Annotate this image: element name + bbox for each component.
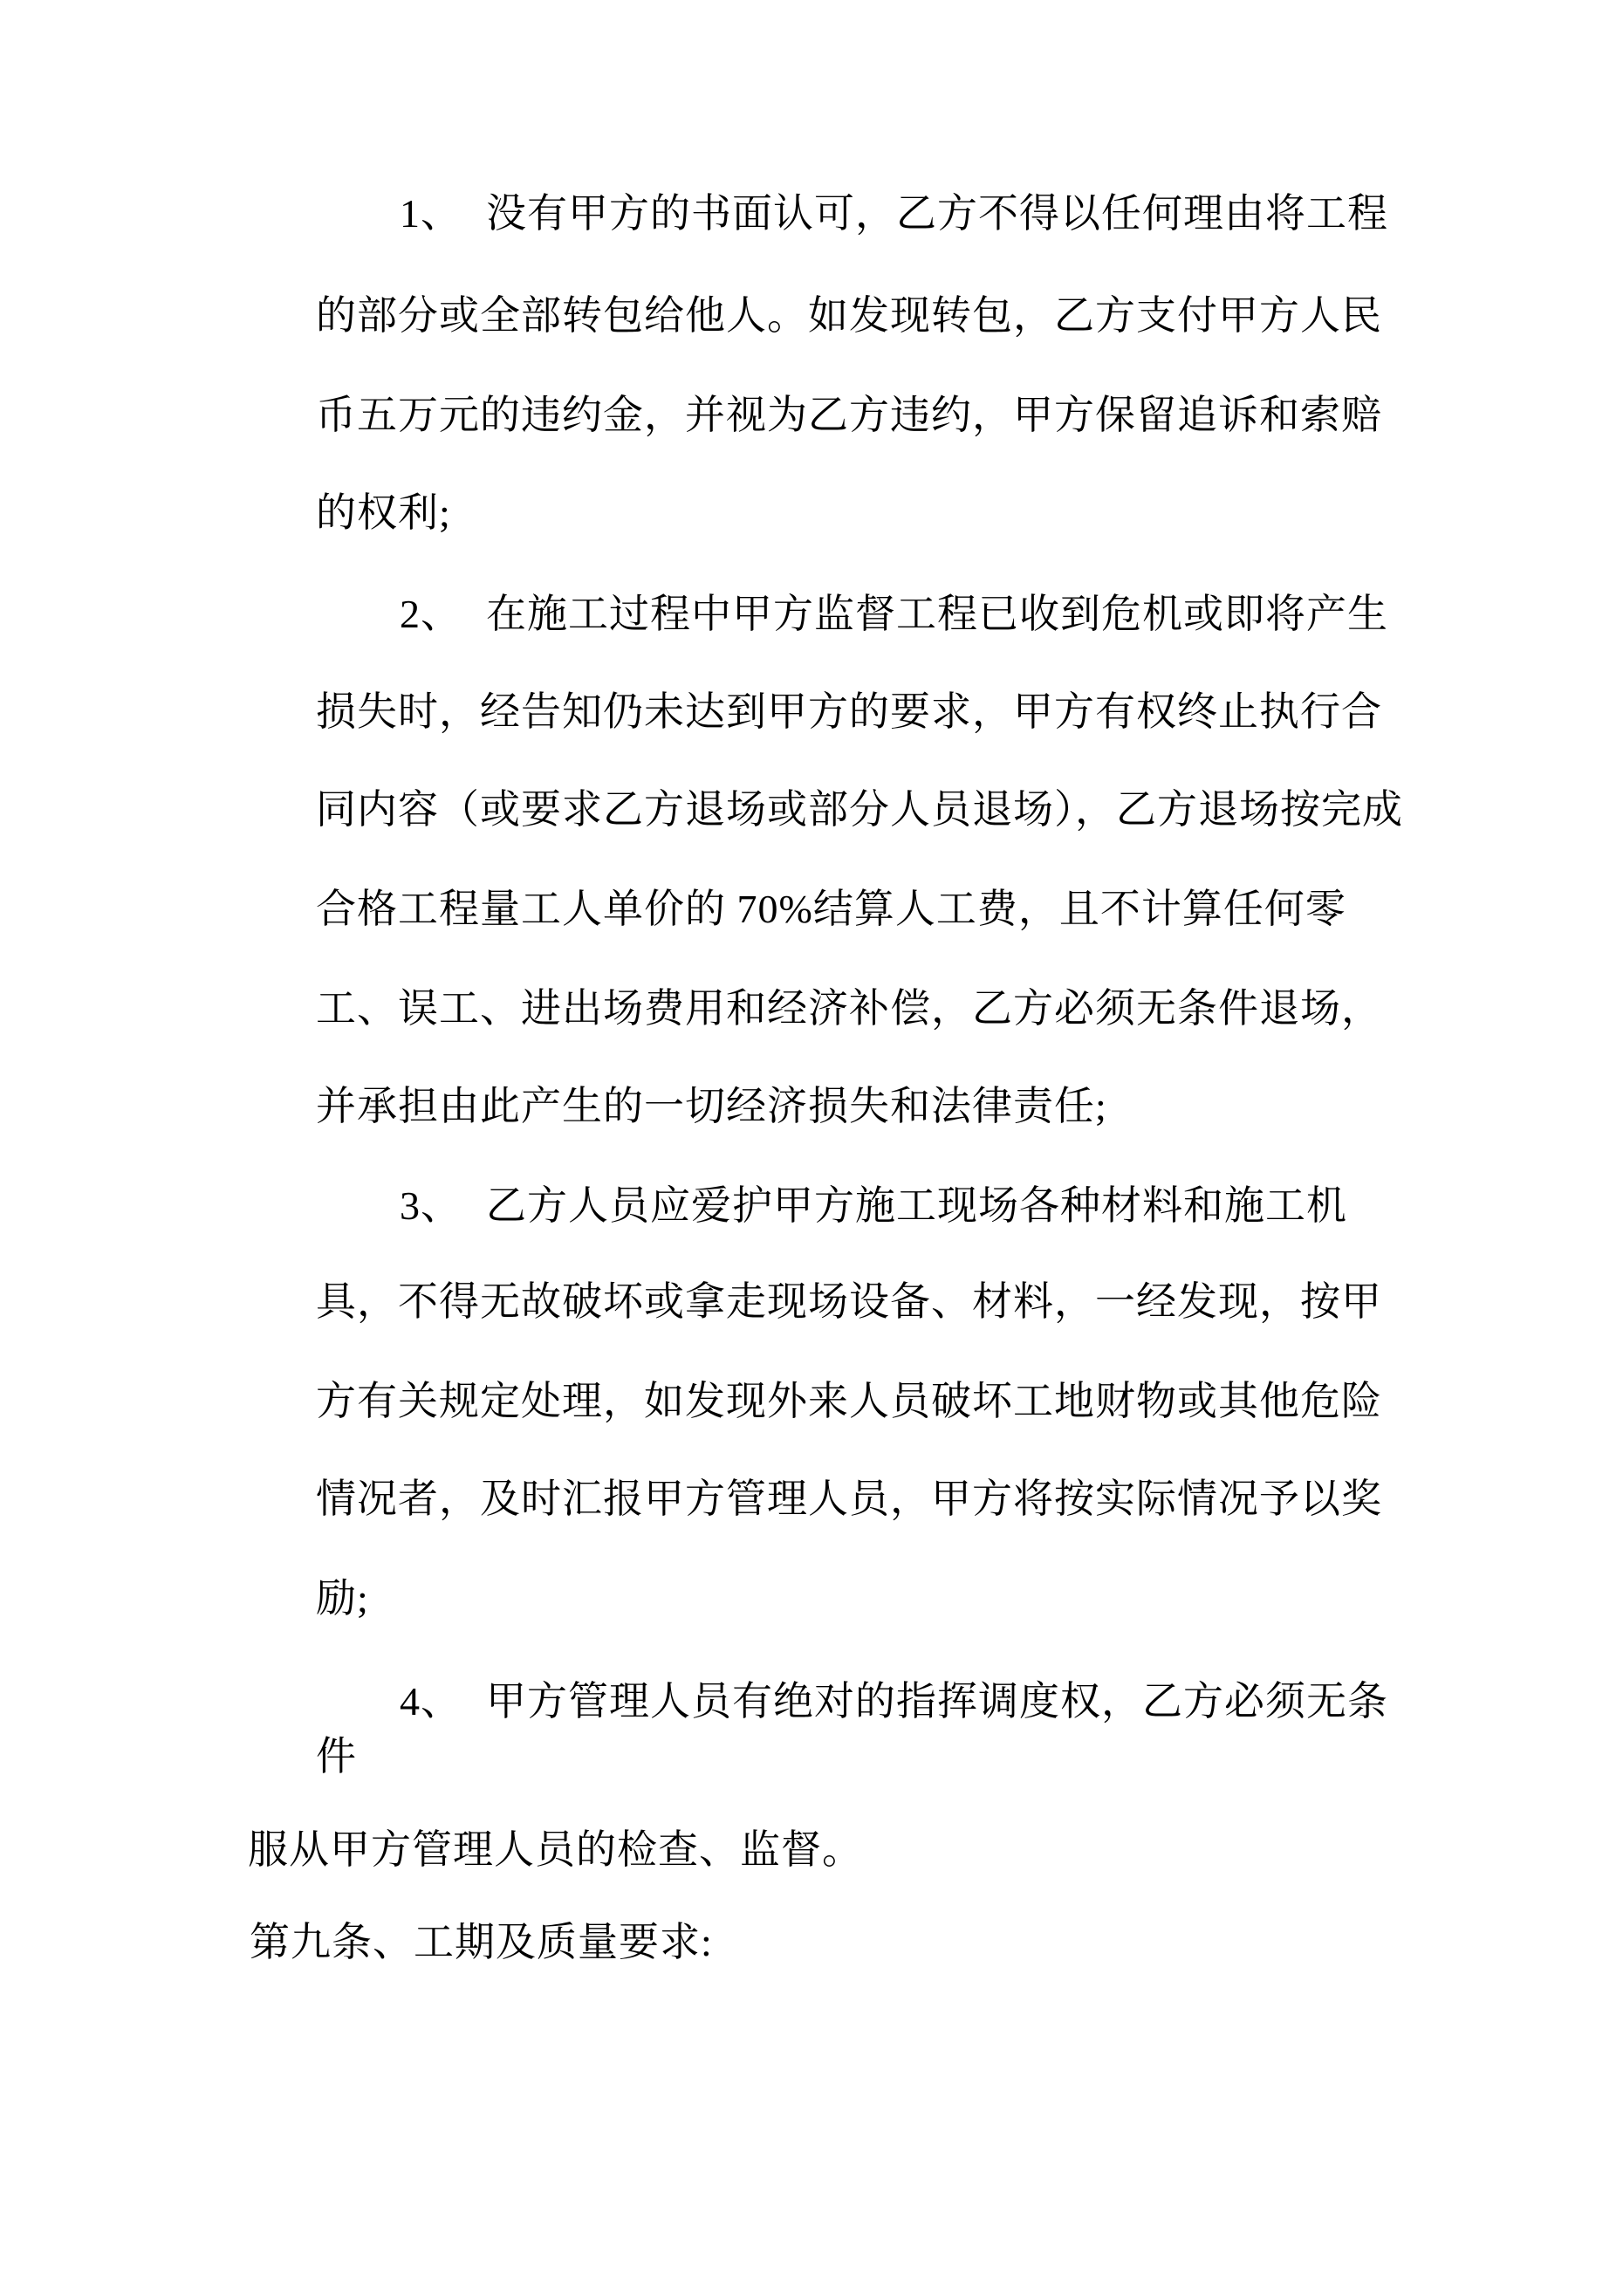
clause-3-continuation-line: 具，不得无故破坏或拿走现场设备、材料，一经发现，按甲 [316, 1278, 1382, 1326]
clause-item-3-number: 3、 [400, 1182, 462, 1230]
clause-1-continuation-line: 币五万元的违约金，并视为乙方违约，甲方保留追诉和索赔 [316, 391, 1382, 439]
clause-item-4-number: 4、 [400, 1677, 462, 1725]
clause-4-continuation-line: 服从甲方管理人员的检查、监督。 [248, 1826, 863, 1874]
clause-1-continuation-line: 的权利; [316, 489, 451, 537]
clause-4-continuation-line: 件 [316, 1732, 357, 1780]
clause-item-1-number: 1、 [400, 189, 462, 237]
clause-3-continuation-line: 方有关规定处理，如发现外来人员破坏工地财物或其他危险 [316, 1377, 1382, 1425]
clause-2-continuation-line: 合格工程量工人单价的 70%结算人工费，且不计算任何零 [316, 885, 1346, 933]
clause-item-3-text: 乙方人员应爱护甲方施工现场各种材料和施工机 [486, 1183, 1347, 1228]
clause-3-continuation-line: 情况者，及时汇报甲方管理人员，甲方将按实际情况予以奖 [316, 1475, 1382, 1523]
clause-item-1-text: 没有甲方的书面认可，乙方不得以任何理由将工程 [486, 191, 1388, 236]
clause-item-1-line: 1、没有甲方的书面认可，乙方不得以任何理由将工程 [400, 189, 1388, 237]
contract-document-page: 1、没有甲方的书面认可，乙方不得以任何理由将工程 的部分或全部转包给他人。如发现… [0, 0, 1623, 2296]
clause-3-continuation-line: 励; [316, 1574, 369, 1622]
clause-2-continuation-line: 损失时，经告知仍未达到甲方的要求，甲方有权终止执行合 [316, 688, 1382, 736]
clause-item-2-number: 2、 [400, 590, 462, 638]
clause-item-4-line: 4、甲方管理人员有绝对的指挥调度权，乙方必须无条 [400, 1677, 1388, 1725]
clause-item-2-text: 在施工过程中甲方监督工程已收到危机或即将产生 [486, 592, 1388, 636]
clause-1-continuation-line: 的部分或全部转包给他人。如发现转包，乙方支付甲方人民 [316, 291, 1382, 339]
clause-item-3-line: 3、乙方人员应爱护甲方施工现场各种材料和施工机 [400, 1182, 1347, 1230]
clause-2-continuation-line: 同内容（或要求乙方退场或部分人员退场），乙方退场按完成 [316, 785, 1403, 833]
clause-item-2-line: 2、在施工过程中甲方监督工程已收到危机或即将产生 [400, 590, 1388, 638]
clause-item-4-text: 甲方管理人员有绝对的指挥调度权，乙方必须无条 [486, 1679, 1388, 1724]
clause-2-continuation-line: 并承担由此产生的一切经济损失和法律责任; [316, 1082, 1107, 1130]
clause-2-continuation-line: 工、误工、进出场费用和经济补偿，乙方必须无条件退场， [316, 984, 1382, 1032]
section-9-heading: 第九条、工期及质量要求: [250, 1918, 713, 1966]
